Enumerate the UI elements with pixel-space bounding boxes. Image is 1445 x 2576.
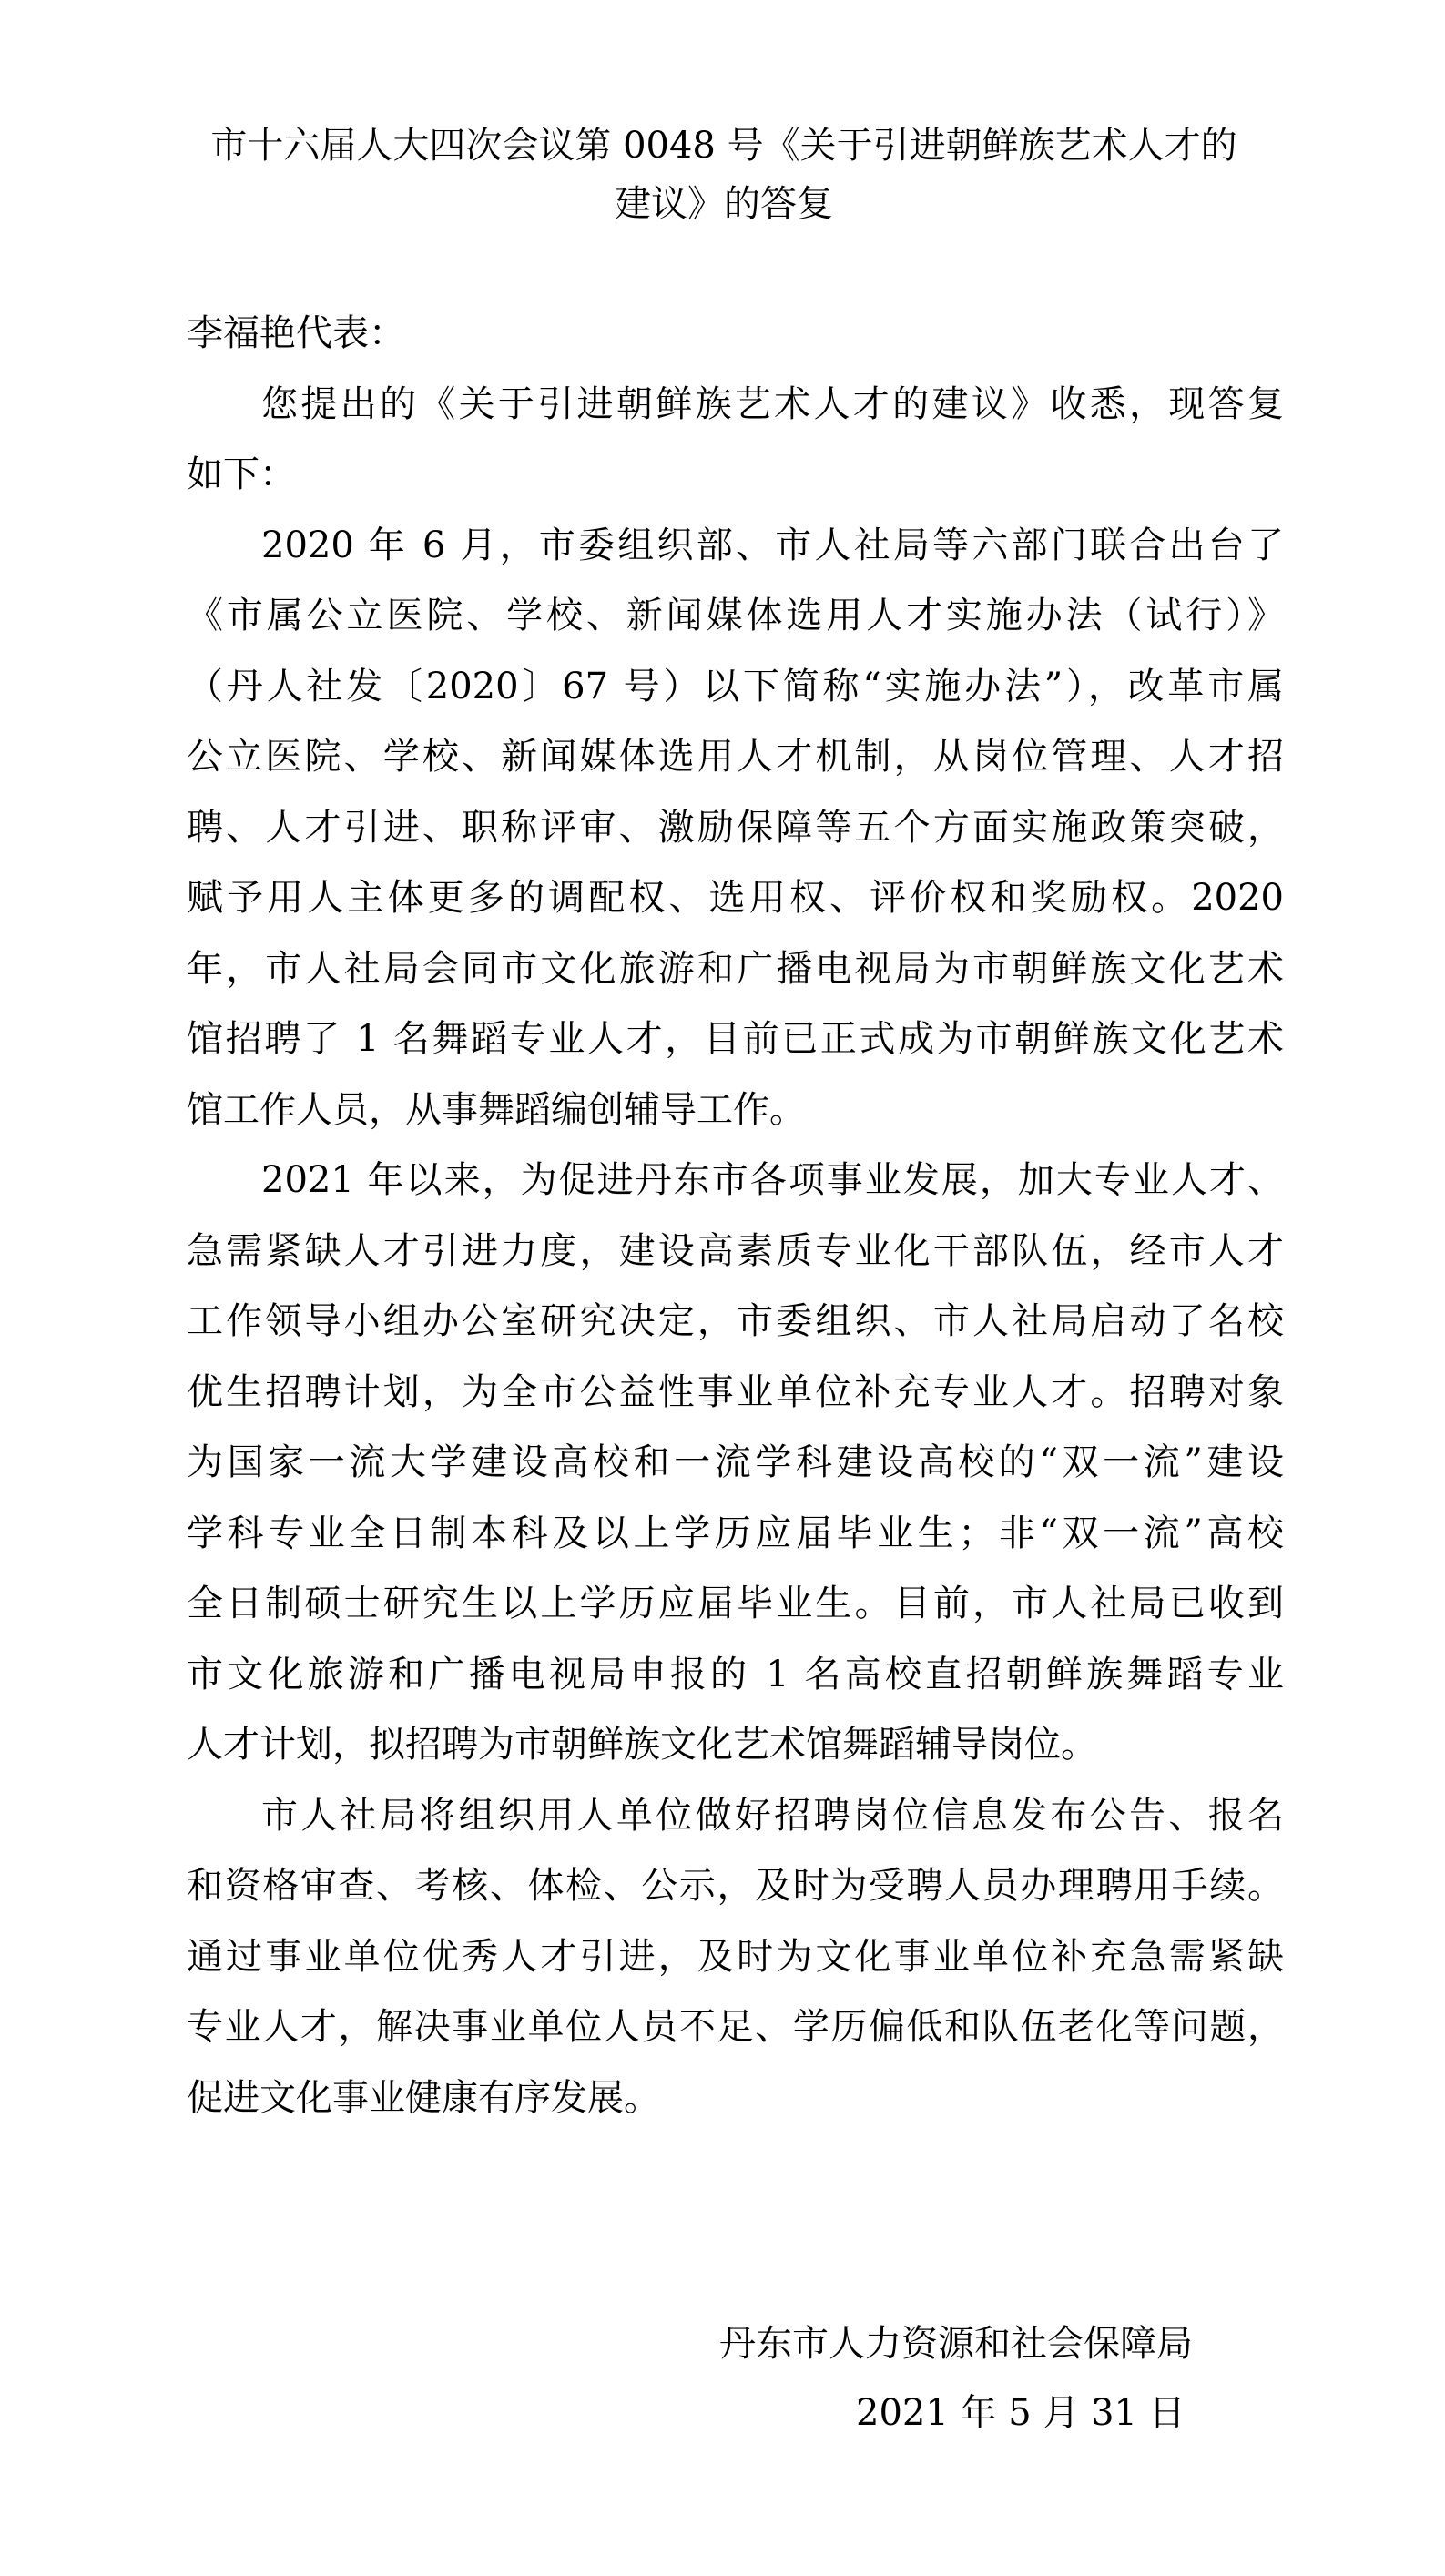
text-line: 为国家一流大学建设高校和一流学科建设高校的“双一流”建设 [187,1428,1284,1499]
text-line: 专业人才，解决事业单位人员不足、学历偏低和队伍老化等问题， [187,1992,1284,2063]
text-line: 年，市人社局会同市文化旅游和广播电视局为市朝鲜族文化艺术 [187,934,1284,1005]
title-line: 建议》的答复 [182,175,1266,233]
text-line: 聘、人才引进、职称评审、激励保障等五个方面实施政策突破， [187,793,1284,864]
text-line: 工作领导小组办公室研究决定，市委组织、市人社局启动了名校 [187,1287,1284,1358]
text-line: 赋予用人主体更多的调配权、选用权、评价权和奖励权。2020 [187,863,1284,934]
text-line: 和资格审查、考核、体检、公示，及时为受聘人员办理聘用手续。 [187,1851,1284,1922]
title-line: 市十六届人大四次会议第 0048 号《关于引进朝鲜族艺术人才的 [182,117,1266,175]
text-line: 学科专业全日制本科及以上学历应届毕业生；非“双一流”高校 [187,1499,1284,1570]
text-line: 公立医院、学校、新闻媒体选用人才机制，从岗位管理、人才招 [187,722,1284,793]
text-line: 《市属公立医院、学校、新闻媒体选用人才实施办法（试行）》 [187,581,1284,652]
text-line: 市文化旅游和广播电视局申报的 1 名高校直招朝鲜族舞蹈专业 [187,1640,1284,1711]
signing-date: 2021 年 5 月 31 日 [719,2378,1193,2448]
salutation: 李福艳代表： [187,299,1284,370]
document-page: 市十六届人大四次会议第 0048 号《关于引进朝鲜族艺术人才的 建议》的答复 李… [0,0,1445,2576]
paragraph-acknowledgement: 您提出的《关于引进朝鲜族艺术人才的建议》收悉，现答复 如下： [187,370,1284,511]
text-line: 人才计划，拟招聘为市朝鲜族文化艺术馆舞蹈辅导岗位。 [187,1710,1284,1781]
paragraph-2020-policy: 2020 年 6 月，市委组织部、市人社局等六部门联合出台了 《市属公立医院、学… [187,511,1284,1146]
text-line: 2020 年 6 月，市委组织部、市人社局等六部门联合出台了 [187,511,1284,582]
text-line: 全日制硕士研究生以上学历应届毕业生。目前，市人社局已收到 [187,1569,1284,1640]
text-line: 馆招聘了 1 名舞蹈专业人才，目前已正式成为市朝鲜族文化艺术 [187,1004,1284,1075]
text-line: 2021 年以来，为促进丹东市各项事业发展，加大专业人才、 [187,1145,1284,1217]
text-line: 急需紧缺人才引进力度，建设高素质专业化干部队伍，经市人才 [187,1217,1284,1288]
text-line: 优生招聘计划，为全市公益性事业单位补充专业人才。招聘对象 [187,1358,1284,1429]
document-title: 市十六届人大四次会议第 0048 号《关于引进朝鲜族艺术人才的 建议》的答复 [182,117,1266,233]
text-line: （丹人社发〔2020〕67 号）以下简称“实施办法”），改革市属 [187,652,1284,723]
text-line: 馆工作人员，从事舞蹈编创辅导工作。 [187,1075,1284,1146]
text-line: 市人社局将组织用人单位做好招聘岗位信息发布公告、报名 [187,1781,1284,1852]
signature-block: 丹东市人力资源和社会保障局 2021 年 5 月 31 日 [719,2309,1193,2448]
paragraph-next-steps: 市人社局将组织用人单位做好招聘岗位信息发布公告、报名 和资格审查、考核、体检、公… [187,1781,1284,2134]
text-line: 促进文化事业健康有序发展。 [187,2063,1284,2134]
document-body: 李福艳代表： 您提出的《关于引进朝鲜族艺术人才的建议》收悉，现答复 如下： 20… [187,299,1284,2133]
text-line: 您提出的《关于引进朝鲜族艺术人才的建议》收悉，现答复 [187,370,1284,441]
text-line: 通过事业单位优秀人才引进，及时为文化事业单位补充急需紧缺 [187,1922,1284,1993]
signing-organization: 丹东市人力资源和社会保障局 [719,2309,1193,2378]
text-line: 如下： [187,440,1284,511]
paragraph-2021-recruitment: 2021 年以来，为促进丹东市各项事业发展，加大专业人才、 急需紧缺人才引进力度… [187,1145,1284,1781]
